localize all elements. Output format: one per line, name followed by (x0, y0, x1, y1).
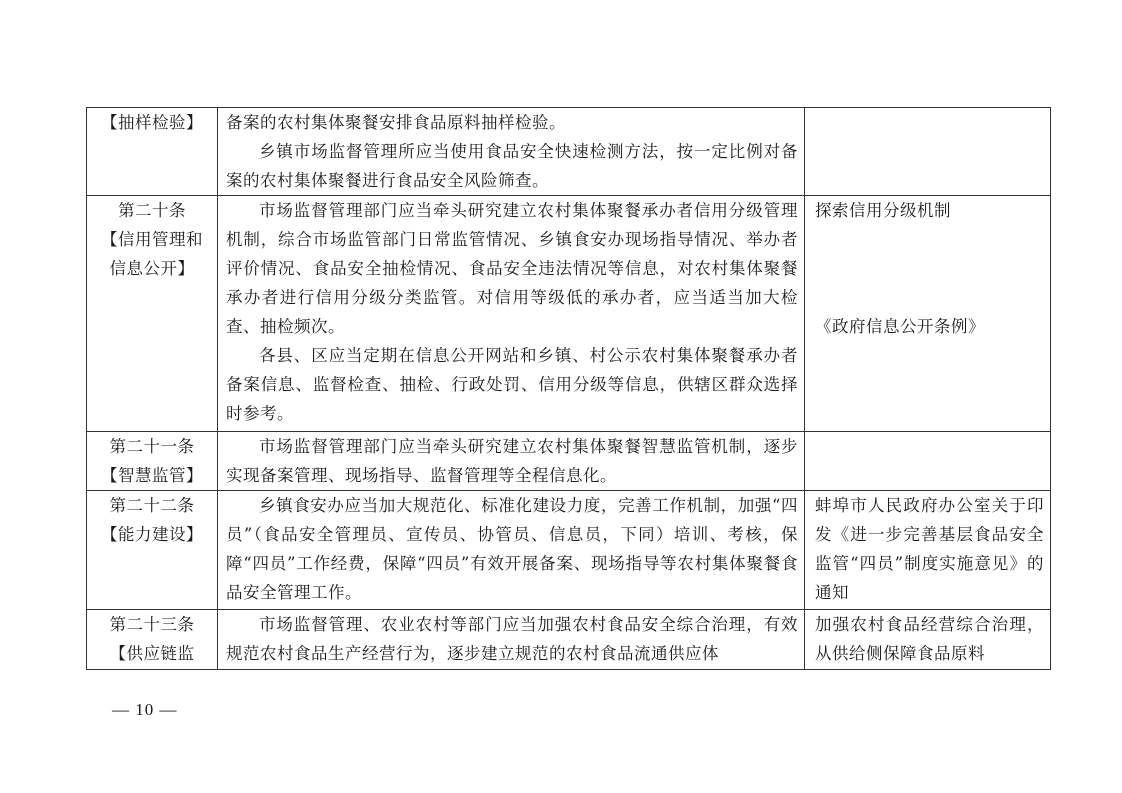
reference-cell (805, 108, 1051, 196)
regulation-comparison-table: 【抽样检验】 备案的农村集体聚餐安排食品原料抽样检验。 乡镇市场监督管理所应当使… (86, 107, 1051, 670)
content-paragraph: 各县、区应当定期在信息公开网站和乡镇、村公示农村集体聚餐承办者备案信息、监督检查… (218, 341, 804, 428)
content-cell: 市场监督管理部门应当牵头研究建立农村集体聚餐承办者信用分级管理机制，综合市场监管… (218, 196, 805, 432)
article-cell: 第二十三条 【供应链监 (87, 610, 218, 670)
content-paragraph: 乡镇市场监督管理所应当使用食品安全快速检测方法，按一定比例对备案的农村集体聚餐进… (218, 137, 804, 195)
article-title: 【信用管理和 (87, 225, 217, 254)
content-paragraph: 市场监督管理、农业农村等部门应当加强农村食品安全综合治理，有效规范农村食品生产经… (218, 610, 804, 668)
article-title-continued: 信息公开】 (87, 254, 217, 283)
article-cell: 【抽样检验】 (87, 108, 218, 196)
table-row: 第二十二条 【能力建设】 乡镇食安办应当加大规范化、标准化建设力度，完善工作机制… (87, 491, 1051, 610)
article-number: 第二十二条 (87, 491, 217, 520)
table-row: 第二十一条 【智慧监管】 市场监督管理部门应当牵头研究建立农村集体聚餐智慧监管机… (87, 432, 1051, 491)
table-row: 【抽样检验】 备案的农村集体聚餐安排食品原料抽样检验。 乡镇市场监督管理所应当使… (87, 108, 1051, 196)
article-number: 第二十三条 (87, 610, 217, 639)
article-cell: 第二十二条 【能力建设】 (87, 491, 218, 610)
content-paragraph: 市场监督管理部门应当牵头研究建立农村集体聚餐智慧监管机制，逐步实现备案管理、现场… (218, 432, 804, 490)
reference-cell: 加强农村食品经营综合治理，从供给侧保障食品原料 (805, 610, 1051, 670)
article-number: 第二十一条 (87, 432, 217, 461)
article-number: 第二十条 (87, 196, 217, 225)
article-title: 【智慧监管】 (87, 461, 217, 490)
content-cell: 市场监督管理部门应当牵头研究建立农村集体聚餐智慧监管机制，逐步实现备案管理、现场… (218, 432, 805, 491)
article-cell: 第二十条 【信用管理和 信息公开】 (87, 196, 218, 432)
article-cell: 第二十一条 【智慧监管】 (87, 432, 218, 491)
article-title: 【能力建设】 (87, 520, 217, 549)
content-cell: 备案的农村集体聚餐安排食品原料抽样检验。 乡镇市场监督管理所应当使用食品安全快速… (218, 108, 805, 196)
reference-cell: 探索信用分级机制 《政府信息公开条例》 (805, 196, 1051, 432)
content-cell: 乡镇食安办应当加大规范化、标准化建设力度，完善工作机制，加强“四员”（食品安全管… (218, 491, 805, 610)
reference-item: 探索信用分级机制 (805, 196, 1050, 225)
reference-cell (805, 432, 1051, 491)
page-number: — 10 — (112, 700, 178, 720)
content-paragraph: 市场监督管理部门应当牵头研究建立农村集体聚餐承办者信用分级管理机制，综合市场监管… (218, 196, 804, 341)
content-paragraph: 乡镇食安办应当加大规范化、标准化建设力度，完善工作机制，加强“四员”（食品安全管… (218, 491, 804, 607)
article-title: 【供应链监 (87, 639, 217, 668)
table-row: 第二十三条 【供应链监 市场监督管理、农业农村等部门应当加强农村食品安全综合治理… (87, 610, 1051, 670)
content-paragraph: 备案的农村集体聚餐安排食品原料抽样检验。 (218, 108, 804, 137)
article-title: 【抽样检验】 (87, 108, 217, 137)
reference-cell: 蚌埠市人民政府办公室关于印发《进一步完善基层食品安全监管“四员”制度实施意见》的… (805, 491, 1051, 610)
table-row: 第二十条 【信用管理和 信息公开】 市场监督管理部门应当牵头研究建立农村集体聚餐… (87, 196, 1051, 432)
reference-item: 《政府信息公开条例》 (805, 312, 1050, 341)
content-cell: 市场监督管理、农业农村等部门应当加强农村食品安全综合治理，有效规范农村食品生产经… (218, 610, 805, 670)
reference-item: 加强农村食品经营综合治理，从供给侧保障食品原料 (805, 610, 1050, 668)
reference-item: 蚌埠市人民政府办公室关于印发《进一步完善基层食品安全监管“四员”制度实施意见》的… (805, 491, 1050, 607)
